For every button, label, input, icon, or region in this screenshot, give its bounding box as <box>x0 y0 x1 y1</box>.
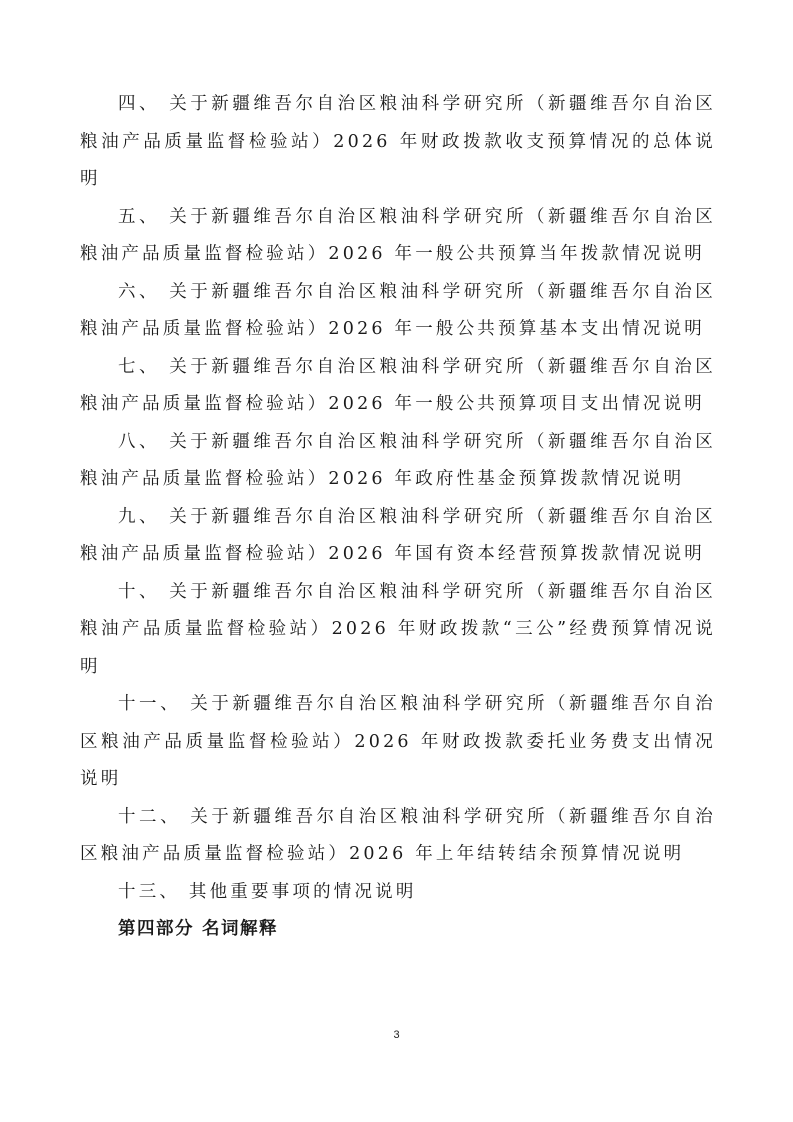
item-text: 关于新疆维吾尔自治区粮油科学研究所（新疆维吾尔自治区粮油产品质量监督检验站）20… <box>80 207 716 265</box>
item-text: 关于新疆维吾尔自治区粮油科学研究所（新疆维吾尔自治区粮油产品质量监督检验站）20… <box>80 282 716 340</box>
item-number: 十、 <box>118 582 160 602</box>
toc-item-11: 十一、 关于新疆维吾尔自治区粮油科学研究所（新疆维吾尔自治区粮油产品质量监督检验… <box>80 686 716 799</box>
item-text: 关于新疆维吾尔自治区粮油科学研究所（新疆维吾尔自治区粮油产品质量监督检验站）20… <box>80 582 716 677</box>
item-text: 关于新疆维吾尔自治区粮油科学研究所（新疆维吾尔自治区粮油产品质量监督检验站）20… <box>80 357 716 415</box>
section-title: 名词解释 <box>202 919 278 939</box>
toc-content: 四、 关于新疆维吾尔自治区粮油科学研究所（新疆维吾尔自治区粮油产品质量监督检验站… <box>80 86 716 949</box>
section-part-label: 第四部分 <box>118 919 194 939</box>
item-number: 十三、 <box>118 882 180 902</box>
item-number: 八、 <box>118 432 160 452</box>
item-number: 七、 <box>118 357 160 377</box>
item-text: 关于新疆维吾尔自治区粮油科学研究所（新疆维吾尔自治区粮油产品质量监督检验站）20… <box>80 507 716 565</box>
document-page: 四、 关于新疆维吾尔自治区粮油科学研究所（新疆维吾尔自治区粮油产品质量监督检验站… <box>0 0 793 1122</box>
item-number: 十二、 <box>118 807 181 827</box>
item-text: 其他重要事项的情况说明 <box>189 882 417 902</box>
toc-item-12: 十二、 关于新疆维吾尔自治区粮油科学研究所（新疆维吾尔自治区粮油产品质量监督检验… <box>80 799 716 874</box>
toc-item-13: 十三、 其他重要事项的情况说明 <box>80 874 716 912</box>
item-number: 十一、 <box>118 694 181 714</box>
toc-item-5: 五、 关于新疆维吾尔自治区粮油科学研究所（新疆维吾尔自治区粮油产品质量监督检验站… <box>80 199 716 274</box>
toc-item-8: 八、 关于新疆维吾尔自治区粮油科学研究所（新疆维吾尔自治区粮油产品质量监督检验站… <box>80 424 716 499</box>
item-number: 九、 <box>118 507 160 527</box>
toc-item-7: 七、 关于新疆维吾尔自治区粮油科学研究所（新疆维吾尔自治区粮油产品质量监督检验站… <box>80 349 716 424</box>
item-number: 五、 <box>118 207 160 227</box>
item-number: 四、 <box>118 94 160 114</box>
page-number: 3 <box>0 1029 793 1041</box>
toc-item-4: 四、 关于新疆维吾尔自治区粮油科学研究所（新疆维吾尔自治区粮油产品质量监督检验站… <box>80 86 716 199</box>
toc-item-10: 十、 关于新疆维吾尔自治区粮油科学研究所（新疆维吾尔自治区粮油产品质量监督检验站… <box>80 574 716 687</box>
toc-item-6: 六、 关于新疆维吾尔自治区粮油科学研究所（新疆维吾尔自治区粮油产品质量监督检验站… <box>80 274 716 349</box>
section-heading: 第四部分名词解释 <box>80 911 716 949</box>
item-text: 关于新疆维吾尔自治区粮油科学研究所（新疆维吾尔自治区粮油产品质量监督检验站）20… <box>80 94 716 189</box>
item-text: 关于新疆维吾尔自治区粮油科学研究所（新疆维吾尔自治区粮油产品质量监督检验站）20… <box>80 432 716 490</box>
item-number: 六、 <box>118 282 160 302</box>
toc-item-9: 九、 关于新疆维吾尔自治区粮油科学研究所（新疆维吾尔自治区粮油产品质量监督检验站… <box>80 499 716 574</box>
